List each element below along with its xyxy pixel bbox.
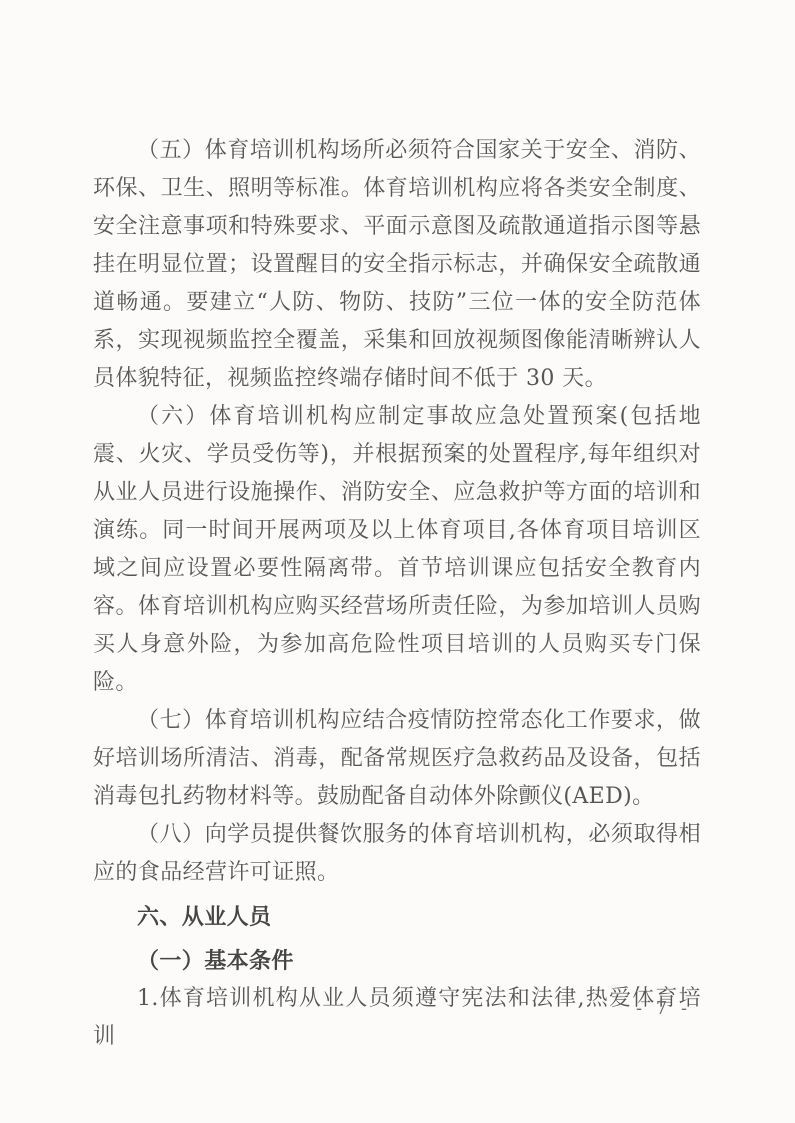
document-body: （五）体育培训机构场所必须符合国家关于安全、消防、环保、卫生、照明等标准。体育培… xyxy=(93,132,701,1056)
page-number: - 7 - xyxy=(636,998,691,1019)
paragraph-section-7: （七）体育培训机构应结合疫情防控常态化工作要求，做好培训场所清洁、消毒，配备常规… xyxy=(93,702,701,816)
subsection-heading-basic-conditions: （一）基本条件 xyxy=(93,942,701,980)
document-page: （五）体育培训机构场所必须符合国家关于安全、消防、环保、卫生、照明等标准。体育培… xyxy=(0,0,795,1123)
paragraph-section-5: （五）体育培训机构场所必须符合国家关于安全、消防、环保、卫生、照明等标准。体育培… xyxy=(93,132,701,398)
paragraph-section-8: （八）向学员提供餐饮服务的体育培训机构，必须取得相应的食品经营许可证照。 xyxy=(93,816,701,892)
numbered-item-1: 1.体育培训机构从业人员须遵守宪法和法律,热爱体育培训 xyxy=(93,980,701,1056)
paragraph-section-6: （六）体育培训机构应制定事故应急处置预案(包括地震、火灾、学员受伤等)，并根据预… xyxy=(93,398,701,702)
section-heading-employees: 六、从业人员 xyxy=(93,898,701,936)
